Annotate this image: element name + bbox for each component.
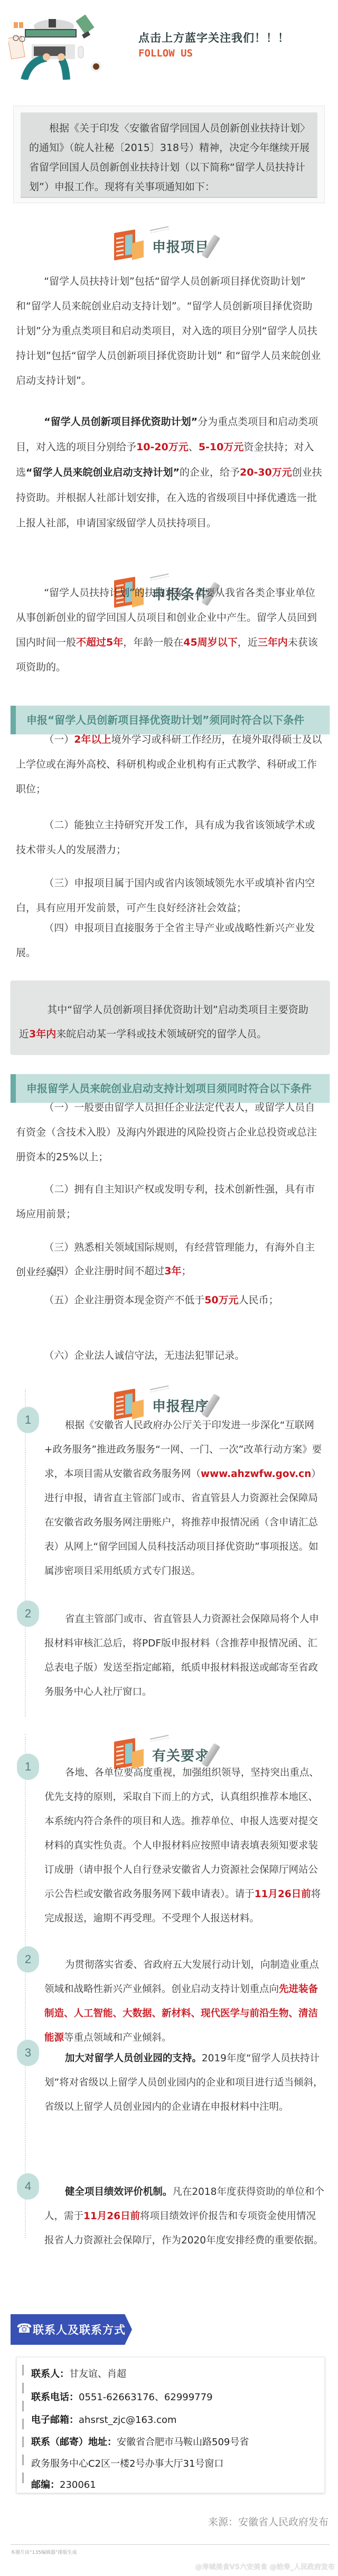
follow-us-label[interactable]: FOLLOW US (138, 48, 193, 59)
phone-icon: ☎ (16, 2321, 32, 2336)
startup-condition-4: （四）企业注册时间不超过3年； (16, 1259, 322, 1284)
startup-condition-5: （五）企业注册资本现金资产不低于50万元人民币； (16, 1288, 322, 1313)
amount-start: 5-10万元 (199, 441, 244, 453)
innovation-condition-1: （一）2年以上境外学习或科研工作经历，在境外取得硕士及以上学位或在海外高校、科研… (16, 727, 322, 802)
project-paragraph-1: “留学人员扶持计划”包括“留学人员创新项目择优资助计划” 和“留学人员来皖创业启… (16, 269, 322, 393)
requirement-badge: 2 (17, 1946, 39, 1973)
weibo-watermark: @寿城美食VS六安美食 @给寿_人民政府发布 (195, 2561, 335, 2571)
contact-heading-tag: ☎ 联系人及联系方式 (11, 2314, 132, 2345)
section-heading-project: 申报项目 (114, 223, 230, 260)
startup-note-box: 其中“留学人员创新项目择优资助计划”启动类项目主要资助近3年内来皖启动某一学科或… (11, 981, 330, 1055)
procedure-step-1: 根据《安徽省人民政府办公厅关于印发进一步深化“互联网+政务服务”推进政务服务“一… (44, 1414, 324, 1584)
article-page: 点击上方蓝字关注我们！！！ FOLLOW US 根据《关于印发〈安徽省留学回国人… (0, 0, 338, 2576)
building-icon (114, 1385, 144, 1418)
intro-text: 根据《关于印发〈安徽省留学回国人员创新创业扶持计划〉的通知》（皖人社秘〔2015… (29, 119, 310, 197)
contact-postcode: 邮编：230061 (31, 2478, 96, 2493)
contact-person: 联系人：甘友谊、肖超 (31, 2367, 126, 2382)
innovation-condition-2: （二）能独立主持研究开发工作，具有成为我省该领域学术或技术带头人的发展潜力； (16, 813, 322, 863)
step-badge: 2 (17, 1600, 39, 1627)
source-credit: 来源：安徽省人民政府发布 (208, 2514, 328, 2528)
requirement-badge: 3 (17, 2040, 39, 2066)
amount-key: 10-20万元 (136, 441, 189, 453)
step-badge: 1 (17, 1407, 39, 1433)
contact-card: 联系人：甘友谊、肖超 联系电话：0551-62663176、62999779 电… (16, 2357, 325, 2493)
timeline-line (25, 1734, 26, 2238)
feather-icon (150, 1735, 169, 1741)
startup-condition-6: （六）企业法人诚信守法，无违法犯罪记录。 (16, 1343, 322, 1368)
divider (11, 2544, 330, 2545)
startup-note-text: 其中“留学人员创新项目择优资助计划”启动类项目主要资助近3年内来皖启动某一学科或… (19, 998, 318, 1046)
follow-prompt[interactable]: 点击上方蓝字关注我们！！！ (138, 30, 289, 45)
contact-address: 联系（邮寄）地址：安徽省合肥市马鞍山路509号省 (31, 2435, 249, 2450)
desk-illustration-icon (8, 14, 109, 80)
timeline-line (25, 1389, 26, 1717)
startup-condition-2: （二）拥有自主知识产权或发明专利，技术创新性强，具有市场应用前景； (16, 1177, 322, 1227)
requirement-2: 为贯彻落实省委、省政府五大发展行动计划，向制造业重点领域和战略性新兴产业倾斜。创… (44, 1953, 324, 2050)
feather-icon (150, 226, 169, 233)
requirement-3: 加大对留学人员创业园的支持。2019年度“留学人员扶持计划”将对省级以上留学人员… (44, 2047, 324, 2119)
innovation-condition-3: （三）申报项目属于国内或省内该领域领先水平或填补省内空白，具有应用开发前景，可产… (16, 871, 322, 921)
amount-startup: 20-30万元 (240, 467, 292, 478)
requirement-badge: 1 (17, 1754, 39, 1780)
conditions-paragraph: “留学人员扶持计划”的扶持对象，主要从我省各类企事业单位从事创新创业的留学回国人… (16, 581, 322, 680)
contact-phone: 联系电话：0551-62663176、62999779 (31, 2390, 213, 2405)
requirement-1: 各地、各单位要高度重视，加强组织领导，坚持突出重点、优先支持的原则，采取自下而上… (44, 1761, 324, 1931)
contact-email: 电子邮箱：ahsrst_zjc@163.com (31, 2413, 177, 2428)
project-paragraph-2: “留学人员创新项目择优资助计划”分为重点类项目和启动类项目，对入选的项目分别给予… (16, 409, 322, 536)
feather-icon (150, 573, 169, 580)
feather-icon (150, 1385, 169, 1392)
contact-address-cont: 政务服务中心C2区一楼2号办事大厅31号窗口 (31, 2457, 223, 2471)
requirement-badge: 4 (17, 2173, 39, 2200)
section-title: 申报程序 (152, 1396, 209, 1415)
intro-box: 根据《关于印发〈安徽省留学回国人员创新创业扶持计划〉的通知》（皖人社秘〔2015… (13, 106, 325, 203)
procedure-step-2: 省直主管部门或市、省直管县人力资源社会保障局将个人申报材料审核汇总后，将PDF版… (44, 1607, 324, 1704)
building-icon (114, 226, 144, 259)
section-title: 申报项目 (152, 236, 209, 256)
follow-header: 点击上方蓝字关注我们！！！ FOLLOW US (0, 0, 338, 84)
portal-link[interactable]: www.ahzwfw.gov.cn (201, 1469, 311, 1480)
innovation-condition-4: （四）申报项目直接服务于全省主导产业或战略性新兴产业发展。 (16, 916, 322, 965)
requirement-4: 健全项目绩效评价机制。凡在2018年度获得资助的单位和个人，需于11月26日前将… (44, 2180, 324, 2253)
binder-rings-icon (22, 2365, 25, 2492)
startup-condition-1: （一）一般要由留学人员担任企业法定代表人，或留学人员自有资金（含技术入股）及海内… (16, 1095, 322, 1170)
generator-note: 本图片由“135编辑器”排版生成 (11, 2549, 77, 2555)
contact-heading: 联系人及联系方式 (33, 2322, 126, 2337)
